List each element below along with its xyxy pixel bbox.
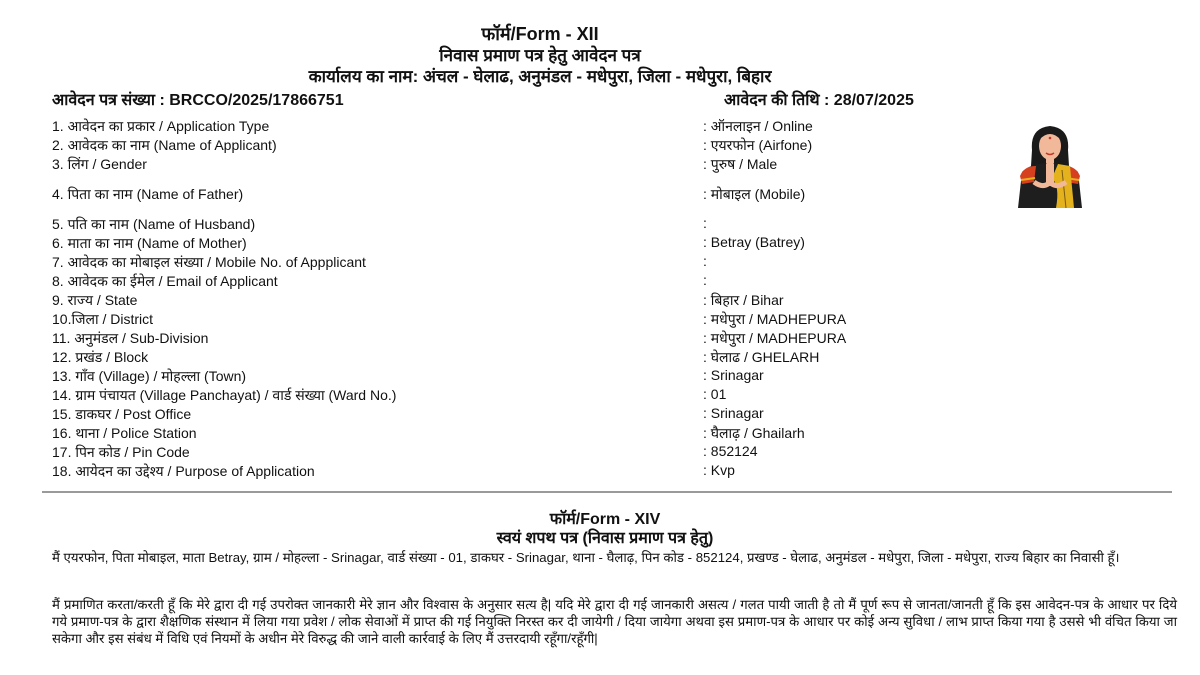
field-label: 1. आवेदन का प्रकार / Application Type [52,117,269,136]
field-value: : मोबाइल (Mobile) [703,185,805,204]
field-label: 15. डाकघर / Post Office [52,405,191,424]
field-value: : मधेपुरा / MADHEPURA [703,310,846,329]
field-label: 7. आवेदक का मोबाइल संख्या / Mobile No. o… [52,253,366,272]
application-number: आवेदन पत्र संख्या : BRCCO/2025/17866751 [52,88,344,110]
declaration-affirmation: मैं प्रमाणित करता/करती हूँ कि मेरे द्वार… [52,596,1177,647]
field-value: : घैलाढ़ / Ghailarh [703,424,805,443]
field-value: : Srinagar [703,367,764,383]
field-label: 8. आवेदक का ईमेल / Email of Applicant [52,272,278,291]
field-label: 9. राज्य / State [52,291,137,310]
form-xiv-subtitle: स्वयं शपथ पत्र (निवास प्रमाण पत्र हेतु) [30,526,1180,548]
field-label: 17. पिन कोड / Pin Code [52,443,190,462]
field-label: 2. आवेदक का नाम (Name of Applicant) [52,136,277,155]
field-value: : [703,253,707,269]
field-value: : 01 [703,386,726,402]
field-label: 6. माता का नाम (Name of Mother) [52,234,247,253]
field-value: : बिहार / Bihar [703,291,784,310]
field-value: : ऑनलाइन / Online [703,117,813,136]
declaration-residence: मैं एयरफोन, पिता मोबाइल, माता Betray, ग्… [52,549,1177,566]
field-value: : पुरुष / Male [703,155,777,174]
field-value: : [703,272,707,288]
form-xii-subtitle: निवास प्रमाण पत्र हेतु आवेदन पत्र [40,43,1040,66]
section-divider [42,491,1172,493]
field-value: : मधेपुरा / MADHEPURA [703,329,846,348]
field-label: 18. आयेदन का उद्देश्य / Purpose of Appli… [52,462,315,481]
application-date: आवेदन की तिथि : 28/07/2025 [724,88,914,110]
field-value: : Kvp [703,462,735,478]
field-label: 14. ग्राम पंचायत (Village Panchayat) / व… [52,386,396,405]
field-value: : घेलाढ / GHELARH [703,348,819,367]
applicant-photo-icon [1000,122,1100,208]
field-label: 5. पति का नाम (Name of Husband) [52,215,255,234]
field-value: : [703,215,707,231]
field-label: 10.जिला / District [52,310,153,329]
field-value: : एयरफोन (Airfone) [703,136,812,155]
field-label: 3. लिंग / Gender [52,155,147,174]
field-value: : Srinagar [703,405,764,421]
field-label: 12. प्रखंड / Block [52,348,148,367]
field-label: 11. अनुमंडल / Sub-Division [52,329,208,348]
field-label: 16. थाना / Police Station [52,424,197,443]
office-name: कार्यालय का नाम: अंचल - घेलाढ, अनुमंडल -… [40,64,1040,87]
field-label: 4. पिता का नाम (Name of Father) [52,185,243,204]
field-value: : 852124 [703,443,758,459]
field-label: 13. गाँव (Village) / मोहल्ला (Town) [52,367,246,386]
field-value: : Betray (Batrey) [703,234,805,250]
